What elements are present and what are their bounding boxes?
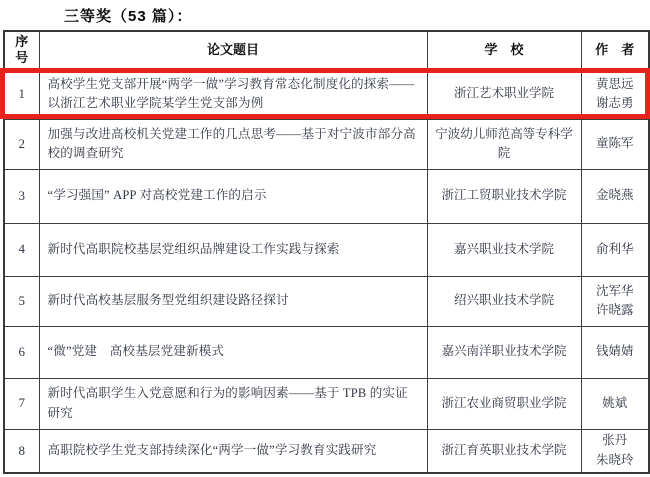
cell-no: 7	[4, 378, 39, 429]
cell-no: 3	[4, 169, 39, 223]
cell-no: 2	[4, 119, 39, 169]
cell-author: 张丹 朱晓玲	[581, 429, 649, 473]
cell-title: 新时代高校基层服务型党组织建设路径探讨	[39, 276, 427, 326]
cell-school: 浙江艺术职业学院	[427, 69, 581, 119]
cell-author: 童陈军	[581, 119, 649, 169]
header-no: 序 号	[4, 31, 39, 69]
table-body: 1高校学生党支部开展“两学一做”学习教育常态化制度化的探索——以浙江艺术职业学院…	[4, 69, 649, 473]
cell-title: 新时代高职学生入党意愿和行为的影响因素——基于 TPB 的实证研究	[39, 378, 427, 429]
table-row: 8高职院校学生党支部持续深化“两学一做”学习教育实践研究浙江育英职业技术学院张丹…	[4, 429, 649, 473]
header-author: 作 者	[581, 31, 649, 69]
cell-title: 新时代高职院校基层党组织品牌建设工作实践与探索	[39, 223, 427, 276]
cell-author: 黄思远 谢志勇	[581, 69, 649, 119]
cell-author: 钱婧婧	[581, 326, 649, 378]
table-row: 1高校学生党支部开展“两学一做”学习教育常态化制度化的探索——以浙江艺术职业学院…	[4, 69, 649, 119]
cell-author: 沈军华 许晓露	[581, 276, 649, 326]
cell-school: 浙江育英职业技术学院	[427, 429, 581, 473]
table-row: 7新时代高职学生入党意愿和行为的影响因素——基于 TPB 的实证研究浙江农业商贸…	[4, 378, 649, 429]
cell-school: 嘉兴职业技术学院	[427, 223, 581, 276]
cell-title: “微”党建 高校基层党建新模式	[39, 326, 427, 378]
cell-no: 1	[4, 69, 39, 119]
table-row: 4新时代高职院校基层党组织品牌建设工作实践与探索嘉兴职业技术学院俞利华	[4, 223, 649, 276]
table-header: 序 号 论文题目 学 校 作 者	[4, 31, 649, 69]
cell-no: 6	[4, 326, 39, 378]
cell-no: 4	[4, 223, 39, 276]
table-row: 2加强与改进高校机关党建工作的几点思考——基于对宁波市部分高校的调查研究宁波幼儿…	[4, 119, 649, 169]
cell-title: 高职院校学生党支部持续深化“两学一做”学习教育实践研究	[39, 429, 427, 473]
table-row: 3“学习强国” APP 对高校党建工作的启示浙江工贸职业技术学院金晓燕	[4, 169, 649, 223]
cell-author: 俞利华	[581, 223, 649, 276]
cell-no: 8	[4, 429, 39, 473]
table-row: 6“微”党建 高校基层党建新模式嘉兴南洋职业技术学院钱婧婧	[4, 326, 649, 378]
cell-title: “学习强国” APP 对高校党建工作的启示	[39, 169, 427, 223]
page-title: 三等奖（53 篇）：	[64, 5, 192, 26]
cell-school: 绍兴职业技术学院	[427, 276, 581, 326]
cell-no: 5	[4, 276, 39, 326]
cell-author: 金晓燕	[581, 169, 649, 223]
cell-school: 浙江工贸职业技术学院	[427, 169, 581, 223]
table-row: 5新时代高校基层服务型党组织建设路径探讨绍兴职业技术学院沈军华 许晓露	[4, 276, 649, 326]
cell-school: 嘉兴南洋职业技术学院	[427, 326, 581, 378]
cell-school: 宁波幼儿师范高等专科学院	[427, 119, 581, 169]
header-school: 学 校	[427, 31, 581, 69]
cell-title: 高校学生党支部开展“两学一做”学习教育常态化制度化的探索——以浙江艺术职业学院某…	[39, 69, 427, 119]
cell-title: 加强与改进高校机关党建工作的几点思考——基于对宁波市部分高校的调查研究	[39, 119, 427, 169]
cell-author: 姚斌	[581, 378, 649, 429]
cell-school: 浙江农业商贸职业学院	[427, 378, 581, 429]
header-title: 论文题目	[39, 31, 427, 69]
award-table: 序 号 论文题目 学 校 作 者 1高校学生党支部开展“两学一做”学习教育常态化…	[3, 30, 650, 474]
